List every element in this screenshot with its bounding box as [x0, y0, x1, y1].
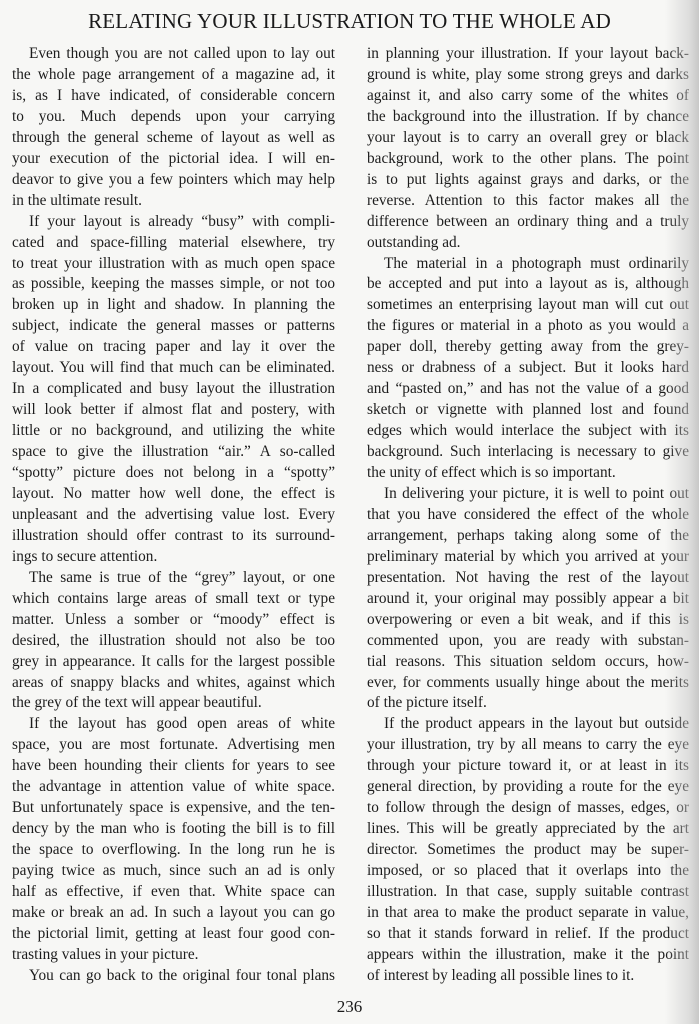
text-line: areas of snappy blacks and whites, again… — [12, 672, 335, 693]
text-line: cated and space-filling material elsewhe… — [12, 232, 335, 253]
text-line: is to put lights against grays and darks… — [367, 169, 689, 190]
text-line: through your picture toward it, or at le… — [367, 755, 689, 776]
text-line: sketch or vignette with planned lost and… — [367, 399, 689, 420]
text-line: in that area to make the product separat… — [367, 902, 689, 923]
text-line: have been hounding their clients for yea… — [12, 755, 335, 776]
text-line: general direction, by providing a route … — [367, 776, 689, 797]
text-line: edges which would interlace the subject … — [367, 420, 689, 441]
text-line: trasting values in your picture. — [12, 944, 335, 965]
page-number: 236 — [0, 997, 699, 1017]
text-line: director. Sometimes the product may be s… — [367, 839, 689, 860]
text-line: deavor to give you a few pointers which … — [12, 169, 335, 190]
right-column: in planning your illustration. If your l… — [367, 0, 689, 1024]
text-line: half as effective, if even that. White s… — [12, 881, 335, 902]
text-line: against it, and also carry some of the w… — [367, 85, 689, 106]
text-line: outstanding ad. — [367, 232, 689, 253]
text-line: The material in a photograph must ordina… — [367, 253, 689, 274]
text-line: illustration should offer contrast to it… — [12, 525, 335, 546]
text-line: presentation. Not having the rest of the… — [367, 567, 689, 588]
text-line: the background into the illustration. If… — [367, 106, 689, 127]
text-line: Even though you are not called upon to l… — [12, 43, 335, 64]
text-line: the pictorial limit, getting at least fo… — [12, 923, 335, 944]
text-line: If your layout is already “busy” with co… — [12, 211, 335, 232]
text-line: as possible, keeping the masses simple, … — [12, 273, 335, 294]
text-line: tial reasons. This situation seldom occu… — [367, 651, 689, 672]
text-line: and “pasted on,” and has not the value o… — [367, 378, 689, 399]
text-line: But unfortunately space is expensive, an… — [12, 797, 335, 818]
text-line: ever, for comments usually hinge about t… — [367, 672, 689, 693]
text-line: to treat your illustration with as much … — [12, 253, 335, 274]
text-line: little or no background, and utilizing t… — [12, 420, 335, 441]
text-line: “spotty” picture does not belong in a “s… — [12, 462, 335, 483]
text-line: commented upon, you are ready with subst… — [367, 630, 689, 651]
text-line: preliminary material by which you arrive… — [367, 546, 689, 567]
text-line: space to give the illustration “air.” A … — [12, 441, 335, 462]
text-line: in planning your illustration. If your l… — [367, 43, 689, 64]
text-line: difference between an ordinary thing and… — [367, 211, 689, 232]
text-line: arrangement, perhaps taking along some o… — [367, 525, 689, 546]
text-line: subject, indicate the general masses or … — [12, 315, 335, 336]
text-line: to you. Much depends upon your carrying — [12, 106, 335, 127]
text-line: your illustration, try by all means to c… — [367, 734, 689, 755]
text-line: ground is white, play some strong greys … — [367, 64, 689, 85]
text-line: make or break an ad. In such a layout yo… — [12, 902, 335, 923]
text-line: appears within the illustration, make it… — [367, 944, 689, 965]
text-line: The same is true of the “grey” layout, o… — [12, 567, 335, 588]
text-line: background, work to the other plans. The… — [367, 148, 689, 169]
text-line: background. Such interlacing is necessar… — [367, 441, 689, 462]
text-line: reverse. Attention to this factor makes … — [367, 190, 689, 211]
text-line: through the general scheme of layout as … — [12, 127, 335, 148]
text-line: in the ultimate result. — [12, 190, 335, 211]
text-line: the figures or material in a photo as yo… — [367, 315, 689, 336]
text-line: space, you are most fortunate. Advertisi… — [12, 734, 335, 755]
text-line: layout. No matter how well done, the eff… — [12, 483, 335, 504]
text-line: imposed, or so placed that it overlaps i… — [367, 860, 689, 881]
text-line: sometimes an enterprising layout man wil… — [367, 294, 689, 315]
text-line: your layout is to carry an overall grey … — [367, 127, 689, 148]
text-line: broken up in light and shadow. In planni… — [12, 294, 335, 315]
text-line: to follow through the design of masses, … — [367, 797, 689, 818]
text-line: illustration. In that case, supply suita… — [367, 881, 689, 902]
text-line: desired, the illustration should not als… — [12, 630, 335, 651]
text-line: lines. This will be greatly appreciated … — [367, 818, 689, 839]
text-line: that you have considered the effect of t… — [367, 504, 689, 525]
text-line: paying twice as much, since such an ad i… — [12, 860, 335, 881]
text-line: is, as I have indicated, of considerable… — [12, 85, 335, 106]
text-line: grey in appearance. It calls for the lar… — [12, 651, 335, 672]
text-line: In a complicated and busy layout the ill… — [12, 378, 335, 399]
text-line: overpowering or even a bit weak, and if … — [367, 609, 689, 630]
text-line: will look better if almost flat and post… — [12, 399, 335, 420]
text-line: ings to secure attention. — [12, 546, 335, 567]
text-line: If the product appears in the layout but… — [367, 713, 689, 734]
text-line: your execution of the pictorial idea. I … — [12, 148, 335, 169]
text-line: the space to overflowing. In the long ru… — [12, 839, 335, 860]
text-line: the grey of the text will appear beautif… — [12, 692, 335, 713]
text-line: of value on tracing paper and lay it ove… — [12, 336, 335, 357]
text-line: so that it stands forward in relief. If … — [367, 923, 689, 944]
text-line: of interest by leading all possible line… — [367, 965, 689, 986]
text-line: ness or drabness of a subject. But it lo… — [367, 357, 689, 378]
text-line: the unity of effect which is so importan… — [367, 462, 689, 483]
text-line: If the layout has good open areas of whi… — [12, 713, 335, 734]
text-line: the advantage in attention value of whit… — [12, 776, 335, 797]
text-line: the whole page arrangement of a magazine… — [12, 64, 335, 85]
text-line: You can go back to the original four ton… — [12, 965, 335, 986]
text-line: layout. You will find that much can be e… — [12, 357, 335, 378]
text-line: of the picture itself. — [367, 692, 689, 713]
text-line: dency by the man who is footing the bill… — [12, 818, 335, 839]
text-line: around it, your original may possibly ap… — [367, 588, 689, 609]
text-line: paper doll, thereby getting away from th… — [367, 336, 689, 357]
text-line: which contains large areas of small text… — [12, 588, 335, 609]
left-column: Even though you are not called upon to l… — [12, 0, 335, 1024]
text-line: unpleasant and the advertising value los… — [12, 504, 335, 525]
text-line: In delivering your picture, it is well t… — [367, 483, 689, 504]
text-line: be accepted and put into a layout as is,… — [367, 273, 689, 294]
text-line: matter. Unless a somber or “moody” effec… — [12, 609, 335, 630]
